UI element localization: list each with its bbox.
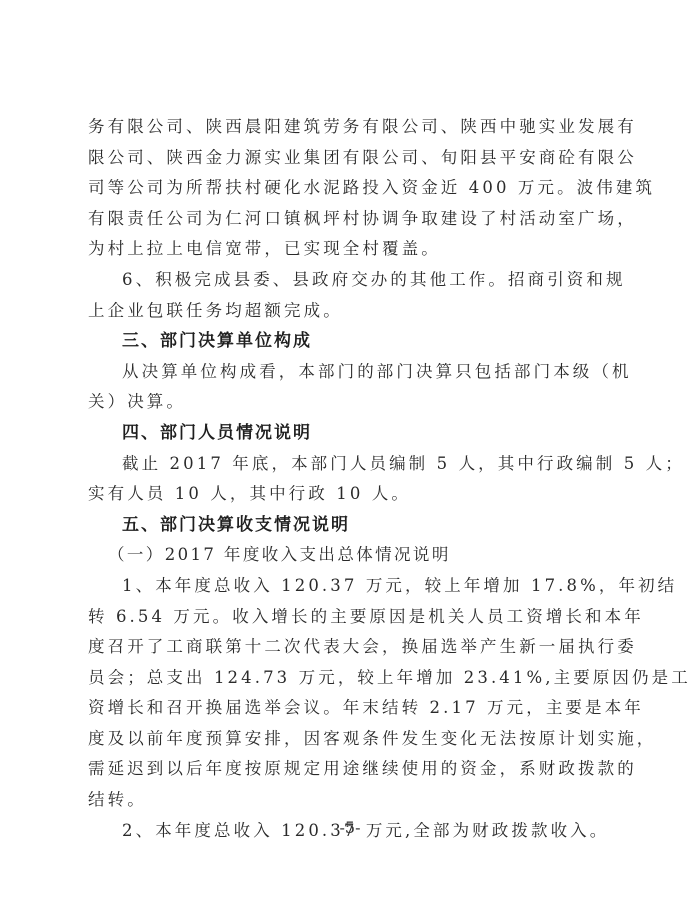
- paragraph-line: 1、本年度总收入 120.37 万元，较上年增加 17.8%，年初结: [88, 571, 614, 602]
- paragraph-line: 员会；总支出 124.73 万元，较上年增加 23.41%,主要原因仍是工: [88, 663, 614, 694]
- paragraph-line: 实有人员 10 人，其中行政 10 人。: [88, 479, 614, 510]
- paragraph-line: 资增长和召开换届选举会议。年末结转 2.17 万元，主要是本年: [88, 693, 614, 724]
- paragraph-line: 度召开了工商联第十二次代表大会，换届选举产生新一届执行委: [88, 632, 614, 663]
- section-heading-5: 五、部门决算收支情况说明: [88, 510, 614, 541]
- document-body: 务有限公司、陕西晨阳建筑劳务有限公司、陕西中驰实业发展有 限公司、陕西金力源实业…: [88, 112, 614, 846]
- paragraph-line: 6、积极完成县委、县政府交办的其他工作。招商引资和规: [88, 265, 614, 296]
- paragraph-line: 度及以前年度预算安排，因客观条件发生变化无法按原计划实施，: [88, 724, 614, 755]
- paragraph-line: 截止 2017 年底，本部门人员编制 5 人，其中行政编制 5 人；: [88, 449, 614, 480]
- paragraph-line: 为村上拉上电信宽带，已实现全村覆盖。: [88, 234, 614, 265]
- section-heading-4: 四、部门人员情况说明: [88, 418, 614, 449]
- paragraph-line: 限公司、陕西金力源实业集团有限公司、旬阳县平安商砼有限公: [88, 143, 614, 174]
- paragraph-line: 从决算单位构成看，本部门的部门决算只包括部门本级（机: [88, 357, 614, 388]
- paragraph-line: 需延迟到以后年度按原规定用途继续使用的资金，系财政拨款的: [88, 754, 614, 785]
- subsection-heading: （一）2017 年度收入支出总体情况说明: [88, 540, 614, 571]
- section-heading-3: 三、部门决算单位构成: [88, 326, 614, 357]
- paragraph-line: 上企业包联任务均超额完成。: [88, 296, 614, 327]
- paragraph-line: 务有限公司、陕西晨阳建筑劳务有限公司、陕西中驰实业发展有: [88, 112, 614, 143]
- paragraph-line: 转 6.54 万元。收入增长的主要原因是机关人员工资增长和本年: [88, 602, 614, 633]
- paragraph-line: 有限责任公司为仁河口镇枫坪村协调争取建设了村活动室广场，: [88, 204, 614, 235]
- paragraph-line: 关）决算。: [88, 387, 614, 418]
- paragraph-line: 结转。: [88, 785, 614, 816]
- paragraph-line: 司等公司为所帮扶村硬化水泥路投入资金近 400 万元。波伟建筑: [88, 173, 614, 204]
- page-number: -5-: [0, 818, 700, 837]
